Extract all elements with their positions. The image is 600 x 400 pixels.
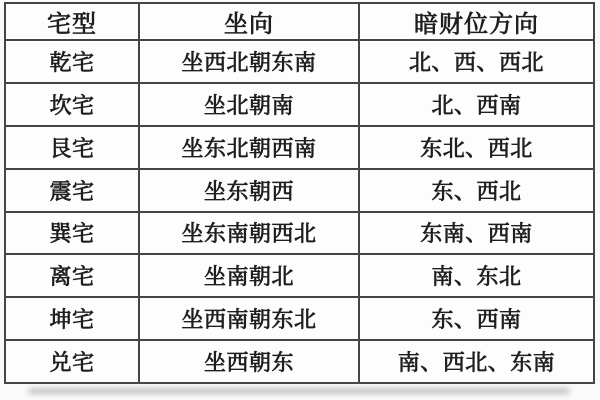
cell-orientation: 坐西北朝东南: [139, 40, 359, 83]
cell-orientation: 坐东朝西: [139, 169, 359, 212]
table-row: 艮宅 坐东北朝西南 东北、西北: [5, 126, 594, 169]
cell-wealth-direction: 东、西南: [359, 297, 594, 340]
table-row: 坎宅 坐北朝南 北、西南: [5, 83, 594, 126]
cell-house-type: 乾宅: [5, 40, 139, 83]
cell-wealth-direction: 南、西北、东南: [359, 340, 594, 383]
table-row: 震宅 坐东朝西 东、西北: [5, 169, 594, 212]
cell-house-type: 离宅: [5, 254, 139, 297]
cell-house-type: 艮宅: [5, 126, 139, 169]
table-row: 乾宅 坐西北朝东南 北、西、西北: [5, 40, 594, 83]
table-row: 坤宅 坐西南朝东北 东、西南: [5, 297, 594, 340]
cell-orientation: 坐东南朝西北: [139, 212, 359, 255]
cell-wealth-direction: 北、西南: [359, 83, 594, 126]
header-row: 宅型 坐向 暗财位方向: [5, 3, 594, 40]
cell-orientation: 坐东北朝西南: [139, 126, 359, 169]
cell-orientation: 坐北朝南: [139, 83, 359, 126]
cell-house-type: 兑宅: [5, 340, 139, 383]
column-header-wealth-direction: 暗财位方向: [359, 3, 594, 40]
table-row: 兑宅 坐西朝东 南、西北、东南: [5, 340, 594, 383]
house-wealth-direction-table: 宅型 坐向 暗财位方向 乾宅 坐西北朝东南 北、西、西北 坎宅 坐北朝南 北、西…: [4, 2, 595, 384]
cell-wealth-direction: 南、东北: [359, 254, 594, 297]
cell-orientation: 坐西南朝东北: [139, 297, 359, 340]
cell-wealth-direction: 北、西、西北: [359, 40, 594, 83]
feng-shui-table-page: 宅型 坐向 暗财位方向 乾宅 坐西北朝东南 北、西、西北 坎宅 坐北朝南 北、西…: [0, 0, 600, 400]
column-header-orientation: 坐向: [139, 3, 359, 40]
cell-wealth-direction: 东北、西北: [359, 126, 594, 169]
table-row: 离宅 坐南朝北 南、东北: [5, 254, 594, 297]
cell-wealth-direction: 东、西北: [359, 169, 594, 212]
cell-wealth-direction: 东南、西南: [359, 212, 594, 255]
cell-house-type: 坤宅: [5, 297, 139, 340]
table-bottom-shadow: [28, 388, 570, 394]
table-row: 巽宅 坐东南朝西北 东南、西南: [5, 212, 594, 255]
cell-orientation: 坐南朝北: [139, 254, 359, 297]
cell-house-type: 震宅: [5, 169, 139, 212]
column-header-house-type: 宅型: [5, 3, 139, 40]
cell-house-type: 坎宅: [5, 83, 139, 126]
cell-house-type: 巽宅: [5, 212, 139, 255]
cell-orientation: 坐西朝东: [139, 340, 359, 383]
